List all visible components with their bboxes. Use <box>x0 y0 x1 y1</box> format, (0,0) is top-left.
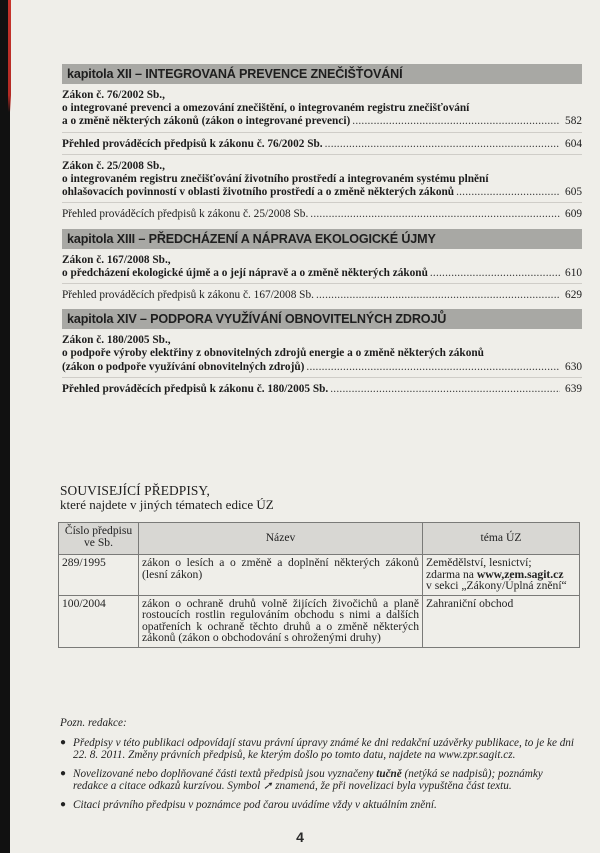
toc-entry-title: Přehled prováděcích předpisů k zákonu č.… <box>62 208 308 221</box>
toc-entry[interactable]: Přehled prováděcích předpisů k zákonu č.… <box>62 138 582 151</box>
note-item: ● Citaci právního předpisu v poznámce po… <box>60 799 575 812</box>
dot-leader <box>352 115 560 128</box>
toc-entry-line: Zákon č. 167/2008 Sb., <box>62 254 582 267</box>
cell-name: zákon o ochraně druhů volně žijících živ… <box>139 595 423 647</box>
toc-page-number: 629 <box>562 289 582 302</box>
note-text: Předpisy v této publikaci odpovídají sta… <box>73 737 574 762</box>
chapter-heading: kapitola XIV – PODPORA VYUŽÍVÁNÍ OBNOVIT… <box>62 309 582 329</box>
column-header-topic: téma ÚZ <box>423 523 580 555</box>
note-text: Novelizované nebo doplňované části textů… <box>73 768 376 780</box>
toc-entry-line: o integrované prevenci a omezování zneči… <box>62 102 582 115</box>
toc-entry-leader-row: a o změně některých zákonů (zákon o inte… <box>62 115 582 128</box>
dot-leader <box>316 289 560 302</box>
toc-entry-title: ohlašovacích povinností v oblasti životn… <box>62 186 454 199</box>
related-title: SOUVISEJÍCÍ PŘEDPISY, <box>60 484 274 498</box>
page-number: 4 <box>0 829 600 845</box>
toc-page-number: 582 <box>562 115 582 128</box>
dot-leader <box>325 138 560 151</box>
note-item: ● Novelizované nebo doplňované části tex… <box>60 768 575 793</box>
column-header-number: Číslo předpisu ve Sb. <box>59 523 139 555</box>
chapter-heading: kapitola XII – INTEGROVANÁ PREVENCE ZNEČ… <box>62 64 582 84</box>
cell-topic: Zahraniční obchod <box>423 595 580 647</box>
entry-divider <box>62 132 582 133</box>
toc-page-number: 604 <box>562 138 582 151</box>
toc-page-number: 610 <box>562 267 582 280</box>
note-text: Citaci právního předpisu v poznámce pod … <box>73 799 437 811</box>
entry-divider <box>62 202 582 203</box>
deletion-arrow-icon: ➚ <box>263 780 272 792</box>
toc-entry-leader-row: Přehled prováděcích předpisů k zákonu č.… <box>62 208 582 221</box>
toc-entry[interactable]: Přehled prováděcích předpisů k zákonu č.… <box>62 208 582 221</box>
dot-leader <box>456 186 560 199</box>
cell-number: 100/2004 <box>59 595 139 647</box>
scan-dark-edge <box>0 0 10 853</box>
dot-leader <box>306 361 560 374</box>
toc-entry-line: Zákon č. 76/2002 Sb., <box>62 89 582 102</box>
table-of-contents: kapitola XII – INTEGROVANÁ PREVENCE ZNEČ… <box>62 64 582 396</box>
toc-entry-title: o předcházení ekologické újmě a o její n… <box>62 267 428 280</box>
bullet-icon: ● <box>60 799 66 812</box>
related-subtitle: které najdete v jiných tématech edice ÚZ <box>60 498 274 512</box>
dot-leader <box>310 208 560 221</box>
toc-page-number: 639 <box>562 383 582 396</box>
related-regulations-heading: SOUVISEJÍCÍ PŘEDPISY, které najdete v ji… <box>60 484 274 512</box>
cell-topic: Zemědělství, lesnictví; zdarma na www,ze… <box>423 555 580 596</box>
toc-entry[interactable]: Přehled prováděcích předpisů k zákonu č.… <box>62 383 582 396</box>
toc-page-number: 630 <box>562 361 582 374</box>
note-bold-word: tučně <box>376 768 401 780</box>
toc-entry-leader-row: Přehled prováděcích předpisů k zákonu č.… <box>62 138 582 151</box>
entry-divider <box>62 377 582 378</box>
table-header-row: Číslo předpisu ve Sb. Název téma ÚZ <box>59 523 580 555</box>
toc-entry[interactable]: Přehled prováděcích předpisů k zákonu č.… <box>62 289 582 302</box>
toc-entry-title: a o změně některých zákonů (zákon o inte… <box>62 115 350 128</box>
toc-entry[interactable]: Zákon č. 180/2005 Sb.,o podpoře výroby e… <box>62 334 582 374</box>
scan-red-edge <box>8 0 11 112</box>
toc-entry-leader-row: Přehled prováděcích předpisů k zákonu č.… <box>62 383 582 396</box>
bullet-icon: ● <box>60 737 66 750</box>
toc-entry-line: o integrovaném registru znečišťování živ… <box>62 173 582 186</box>
entry-divider <box>62 154 582 155</box>
entry-divider <box>62 283 582 284</box>
toc-entry-leader-row: Přehled prováděcích předpisů k zákonu č.… <box>62 289 582 302</box>
toc-entry-line: o podpoře výroby elektřiny z obnovitelný… <box>62 347 582 360</box>
dot-leader <box>430 267 560 280</box>
toc-entry-leader-row: (zákon o podpoře využívání obnovitelných… <box>62 361 582 374</box>
notes-list: ● Předpisy v této publikaci odpovídají s… <box>60 737 575 812</box>
note-text: znamená, že při novelizaci byla vypuštěn… <box>272 780 511 792</box>
toc-entry-title: (zákon o podpoře využívání obnovitelných… <box>62 361 304 374</box>
toc-entry[interactable]: Zákon č. 25/2008 Sb.,o integrovaném regi… <box>62 160 582 200</box>
note-item: ● Předpisy v této publikaci odpovídají s… <box>60 737 575 762</box>
table-row: 100/2004 zákon o ochraně druhů volně žij… <box>59 595 580 647</box>
toc-entry[interactable]: Zákon č. 167/2008 Sb.,o předcházení ekol… <box>62 254 582 280</box>
toc-entry-line: Zákon č. 25/2008 Sb., <box>62 160 582 173</box>
editorial-notes: Pozn. redakce: ● Předpisy v této publika… <box>60 717 575 818</box>
header-number-line2: ve Sb. <box>84 536 113 549</box>
related-regulations-table: Číslo předpisu ve Sb. Název téma ÚZ 289/… <box>58 522 580 648</box>
toc-entry-line: Zákon č. 180/2005 Sb., <box>62 334 582 347</box>
cell-name: zákon o lesích a o změně a doplnění někt… <box>139 555 423 596</box>
column-header-name: Název <box>139 523 423 555</box>
toc-entry-title: Přehled prováděcích předpisů k zákonu č.… <box>62 138 323 151</box>
chapter-gap <box>62 302 582 309</box>
toc-entry-title: Přehled prováděcích předpisů k zákonu č.… <box>62 383 328 396</box>
cell-number: 289/1995 <box>59 555 139 596</box>
toc-entry-title: Přehled prováděcích předpisů k zákonu č.… <box>62 289 314 302</box>
chapter-gap <box>62 222 582 229</box>
toc-entry-leader-row: o předcházení ekologické újmě a o její n… <box>62 267 582 280</box>
table-row: 289/1995 zákon o lesích a o změně a dopl… <box>59 555 580 596</box>
dot-leader <box>330 383 560 396</box>
notes-heading: Pozn. redakce: <box>60 717 575 730</box>
topic-section: v sekci „Zákony/Úplná znění“ <box>426 579 567 592</box>
bullet-icon: ● <box>60 768 66 781</box>
toc-entry[interactable]: Zákon č. 76/2002 Sb.,o integrované preve… <box>62 89 582 129</box>
toc-page-number: 609 <box>562 208 582 221</box>
toc-page-number: 605 <box>562 186 582 199</box>
chapter-heading: kapitola XIII – PŘEDCHÁZENÍ A NÁPRAVA EK… <box>62 229 582 249</box>
toc-entry-leader-row: ohlašovacích povinností v oblasti životn… <box>62 186 582 199</box>
